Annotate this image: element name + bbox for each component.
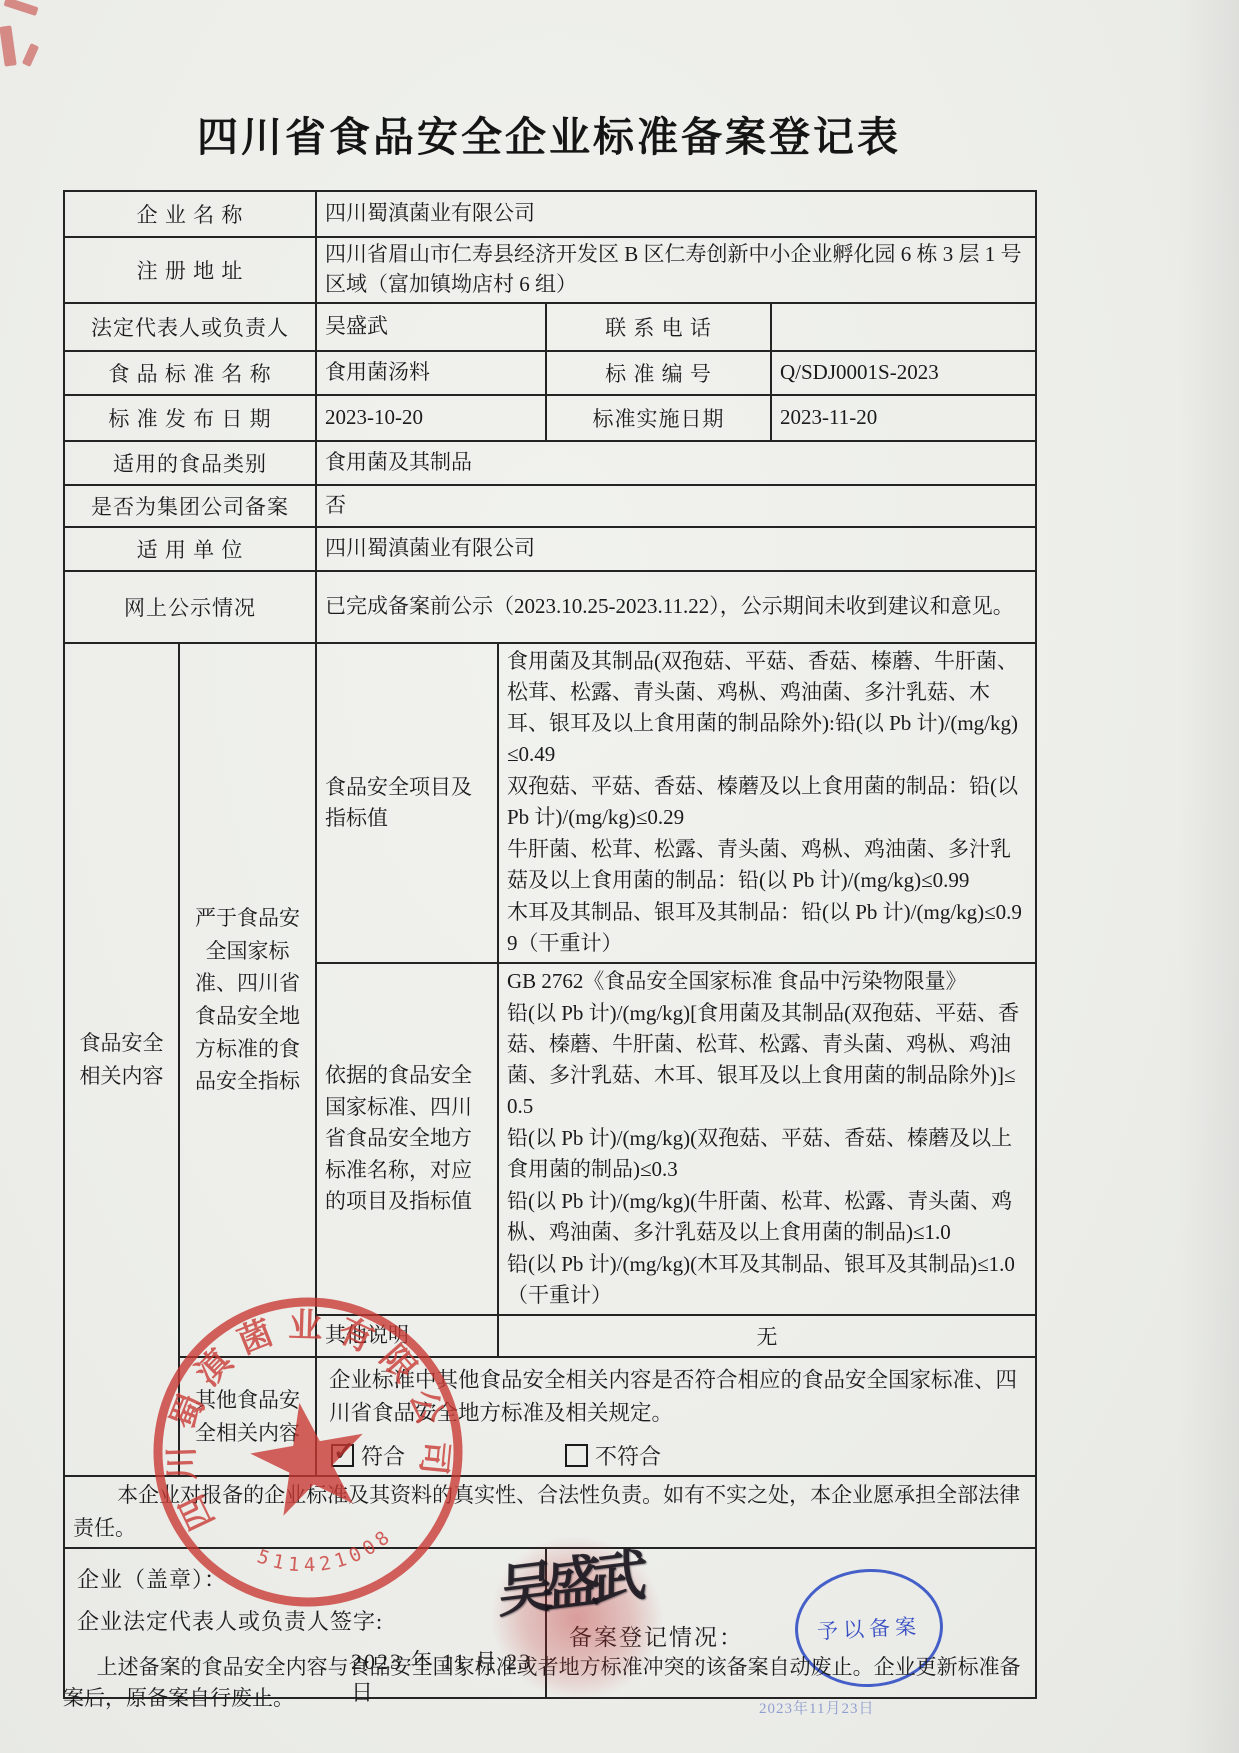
content-paragraph: 铅(以 Pb 计)/(mg/kg)[食用菌及其制品(双孢菇、平菇、香菇、榛蘑、牛… [507, 998, 1027, 1122]
registration-status-label: 备案登记情况： [569, 1619, 744, 1652]
content-paragraph: 牛肝菌、松茸、松露、青头菌、鸡枞、鸡油菌、多汁乳菇及以上食用菌的制品：铅(以 P… [507, 834, 1027, 896]
row-safety-items: 食品安全相关内容 严于食品安全国家标准、四川省食品安全地方标准的食品安全指标 食… [64, 643, 1036, 963]
publish-date-label: 标 准 发 布 日 期 [64, 395, 316, 441]
applicable-unit-value: 四川蜀滇菌业有限公司 [316, 527, 1036, 571]
other-note-label: 其他说明 [316, 1315, 498, 1357]
other-safety-question: 企业标准中其他食品安全相关内容是否符合相应的食品安全国家标准、四川省食品安全地方… [329, 1364, 1025, 1430]
row-other-safety: 其他食品安全相关内容 企业标准中其他食品安全相关内容是否符合相应的食品安全国家标… [64, 1357, 1036, 1476]
standard-name-label: 食 品 标 准 名 称 [64, 351, 316, 395]
content-paragraph: 铅(以 Pb 计)/(mg/kg)(木耳及其制品、银耳及其制品)≤1.0（干重计… [507, 1249, 1027, 1311]
public-notice-label: 网上公示情况 [64, 571, 316, 643]
row-legal-rep: 法定代表人或负责人 吴盛武 联 系 电 话 [64, 303, 1036, 351]
food-category-value: 食用菌及其制品 [316, 441, 1036, 485]
contact-phone-value [771, 303, 1036, 351]
legal-rep-value: 吴盛武 [316, 303, 546, 351]
content-paragraph: GB 2762《食品安全国家标准 食品中污染物限量》 [507, 966, 1027, 997]
row-food-category: 适用的食品类别 食用菌及其制品 [64, 441, 1036, 485]
safety-items-content: 食用菌及其制品(双孢菇、平菇、香菇、榛蘑、牛肝菌、松茸、松露、青头菌、鸡枞、鸡油… [498, 643, 1036, 963]
group-filing-value: 否 [316, 485, 1036, 527]
row-company-name: 企 业 名 称 四川蜀滇菌业有限公司 [64, 191, 1036, 237]
registration-form-table: 企 业 名 称 四川蜀滇菌业有限公司 注 册 地 址 四川省眉山市仁寿县经济开发… [63, 190, 1037, 1699]
compliance-options: 符合 不符合 [331, 1440, 1027, 1471]
page-title: 四川省食品安全企业标准备案登记表 [63, 104, 1035, 163]
other-safety-label: 其他食品安全相关内容 [179, 1357, 316, 1476]
option-comply: 符合 [331, 1440, 405, 1471]
red-corner-mark [0, 25, 17, 66]
standard-number-label: 标 准 编 号 [546, 351, 771, 395]
red-corner-mark [3, 0, 38, 16]
row-group-filing: 是否为集团公司备案 否 [64, 485, 1036, 527]
content-paragraph: 双孢菇、平菇、香菇、榛蘑及以上食用菌的制品：铅(以 Pb 计)/(mg/kg)≤… [507, 771, 1027, 833]
publish-date-value: 2023-10-20 [316, 395, 546, 441]
public-notice-value: 已完成备案前公示（2023.10.25-2023.11.22），公示期间未收到建… [316, 571, 1036, 643]
applicable-unit-label: 适 用 单 位 [64, 527, 316, 571]
company-name-value: 四川蜀滇菌业有限公司 [316, 191, 1036, 237]
row-dates: 标 准 发 布 日 期 2023-10-20 标准实施日期 2023-11-20 [64, 395, 1036, 441]
scanned-form-page: 四川省食品安全企业标准备案登记表 企 业 名 称 四川蜀滇菌业有限公司 注 册 … [0, 0, 1239, 1753]
stricter-label: 严于食品安全国家标准、四川省食品安全地方标准的食品安全指标 [179, 643, 316, 1357]
checkbox-unchecked-icon [565, 1444, 588, 1467]
other-note-value: 无 [498, 1315, 1036, 1357]
red-corner-mark [22, 43, 39, 67]
registered-address-value: 四川省眉山市仁寿县经济开发区 B 区仁寿创新中小企业孵化园 6 栋 3 层 1 … [316, 237, 1036, 303]
standard-name-value: 食用菌汤料 [316, 351, 546, 395]
row-applicable-unit: 适 用 单 位 四川蜀滇菌业有限公司 [64, 527, 1036, 571]
group-filing-label: 是否为集团公司备案 [64, 485, 316, 527]
standard-number-value: Q/SDJ0001S-2023 [771, 351, 1036, 395]
checkbox-checked-icon [331, 1444, 354, 1467]
legal-rep-label: 法定代表人或负责人 [64, 303, 316, 351]
option-not-comply: 不符合 [565, 1440, 661, 1471]
company-name-label: 企 业 名 称 [64, 191, 316, 237]
content-paragraph: 木耳及其制品、银耳及其制品：铅(以 Pb 计)/(mg/kg)≤0.99（干重计… [507, 897, 1027, 959]
implement-date-value: 2023-11-20 [771, 395, 1036, 441]
declaration-text: 本企业对报备的企业标准及其资料的真实性、合法性负责。如有不实之处，本企业愿承担全… [64, 1476, 1036, 1548]
footnote-text: 上述备案的食品安全内容与食品安全国家标准或者地方标准冲突的该备案自动废止。企业更… [63, 1652, 1035, 1714]
company-seal-line: 企业（盖章）： [77, 1563, 227, 1594]
other-safety-content: 企业标准中其他食品安全相关内容是否符合相应的食品安全国家标准、四川省食品安全地方… [316, 1357, 1036, 1476]
content-paragraph: 铅(以 Pb 计)/(mg/kg)(牛肝菌、松茸、松露、青头菌、鸡枞、鸡油菌、多… [507, 1186, 1027, 1248]
scan-edge-shade [1179, 0, 1239, 1753]
row-declaration: 本企业对报备的企业标准及其资料的真实性、合法性负责。如有不实之处，本企业愿承担全… [64, 1476, 1036, 1548]
safety-basis-label: 依据的食品安全国家标准、四川省食品安全地方标准名称，对应的项目及指标值 [316, 963, 498, 1315]
safety-items-label: 食品安全项目及指标值 [316, 643, 498, 963]
implement-date-label: 标准实施日期 [546, 395, 771, 441]
legal-rep-sign-line: 企业法定代表人或负责人签字: [77, 1605, 383, 1636]
food-category-label: 适用的食品类别 [64, 441, 316, 485]
row-registered-address: 注 册 地 址 四川省眉山市仁寿县经济开发区 B 区仁寿创新中小企业孵化园 6 … [64, 237, 1036, 303]
safety-section-label: 食品安全相关内容 [64, 643, 179, 1476]
option-not-comply-label: 不符合 [595, 1440, 661, 1471]
row-standard-name: 食 品 标 准 名 称 食用菌汤料 标 准 编 号 Q/SDJ0001S-202… [64, 351, 1036, 395]
safety-basis-content: GB 2762《食品安全国家标准 食品中污染物限量》铅(以 Pb 计)/(mg/… [498, 963, 1036, 1315]
content-paragraph: 铅(以 Pb 计)/(mg/kg)(双孢菇、平菇、香菇、榛蘑及以上食用菌的制品)… [507, 1123, 1027, 1185]
approval-stamp-text: 予以备案 [816, 1610, 921, 1645]
contact-phone-label: 联 系 电 话 [546, 303, 771, 351]
row-public-notice: 网上公示情况 已完成备案前公示（2023.10.25-2023.11.22），公… [64, 571, 1036, 643]
content-paragraph: 食用菌及其制品(双孢菇、平菇、香菇、榛蘑、牛肝菌、松茸、松露、青头菌、鸡枞、鸡油… [507, 646, 1027, 770]
option-comply-label: 符合 [361, 1440, 405, 1471]
registered-address-label: 注 册 地 址 [64, 237, 316, 303]
